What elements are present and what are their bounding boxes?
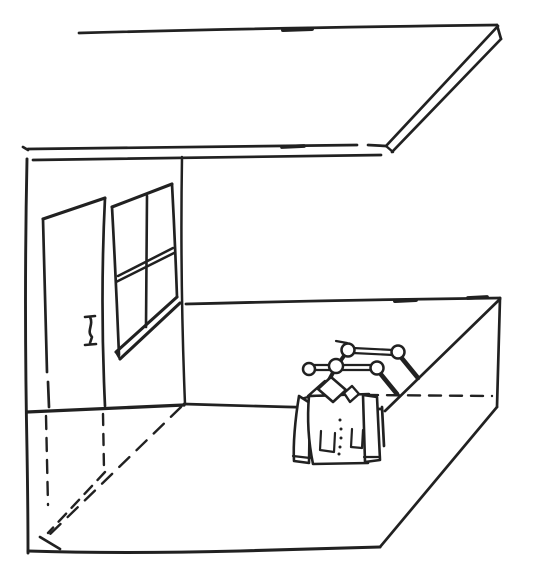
jacket-button-2 <box>340 428 343 431</box>
arm-joint-1 <box>342 344 355 357</box>
room-sketch-figure <box>0 0 540 568</box>
door-left-edge <box>43 219 49 407</box>
ceiling-slab-inner-diagonal <box>392 39 501 152</box>
jacket-button-3 <box>340 437 343 440</box>
ceiling-slab-end-cap <box>386 146 393 152</box>
floor-back-edge <box>186 298 500 304</box>
floor-bottom-edge <box>28 547 380 553</box>
door-right-edge <box>103 198 106 406</box>
floor-right-edge <box>497 298 500 407</box>
floor-corner-vertical <box>382 407 384 446</box>
wall-top-overstroke <box>282 146 304 147</box>
arm-elbow-link-lower <box>379 372 397 394</box>
jacket-button-1 <box>339 419 342 422</box>
arm-joint-4 <box>329 359 343 373</box>
window-top-edge <box>112 184 172 207</box>
window-rail-a <box>116 253 174 282</box>
window-sill-inner <box>120 303 180 359</box>
hand-drawn-room-sketch <box>0 0 540 568</box>
door-projection-dashed-left <box>46 416 48 505</box>
wall-top-lower-edge <box>33 155 381 160</box>
arm-joint-2 <box>392 346 405 359</box>
arm-joint-3 <box>303 363 315 375</box>
jacket-button-5 <box>338 453 341 456</box>
arm-joint-5 <box>371 362 384 375</box>
floor-corner-tick <box>40 537 60 549</box>
jacket-right-sleeve <box>363 395 380 462</box>
arm-elbow-link-upper <box>400 356 418 378</box>
floor-right-lower-diagonal <box>380 407 497 547</box>
window-right-jamb <box>172 184 177 297</box>
floor-diagonal-dashed-long <box>44 407 181 540</box>
floor-diagonal-dashed-short <box>48 472 105 533</box>
arm-cable-tick <box>336 341 347 343</box>
door-projection-dashed-right <box>103 414 104 470</box>
wall-right-edge <box>181 157 185 404</box>
ceiling-top-overstroke <box>283 29 312 30</box>
jacket-button-4 <box>339 446 342 449</box>
floor-back-overstroke-a <box>395 300 416 301</box>
wall-left-edge <box>26 159 29 553</box>
ceiling-slab-outer-diagonal <box>386 26 498 146</box>
door-handle <box>85 316 96 345</box>
floor-back-overstroke-b <box>468 297 487 298</box>
wall-top-upper-edge <box>23 145 386 150</box>
arm-upper-bar <box>353 348 393 355</box>
door-top-edge <box>43 198 105 219</box>
floor-hidden-edge-dashed <box>366 395 492 396</box>
